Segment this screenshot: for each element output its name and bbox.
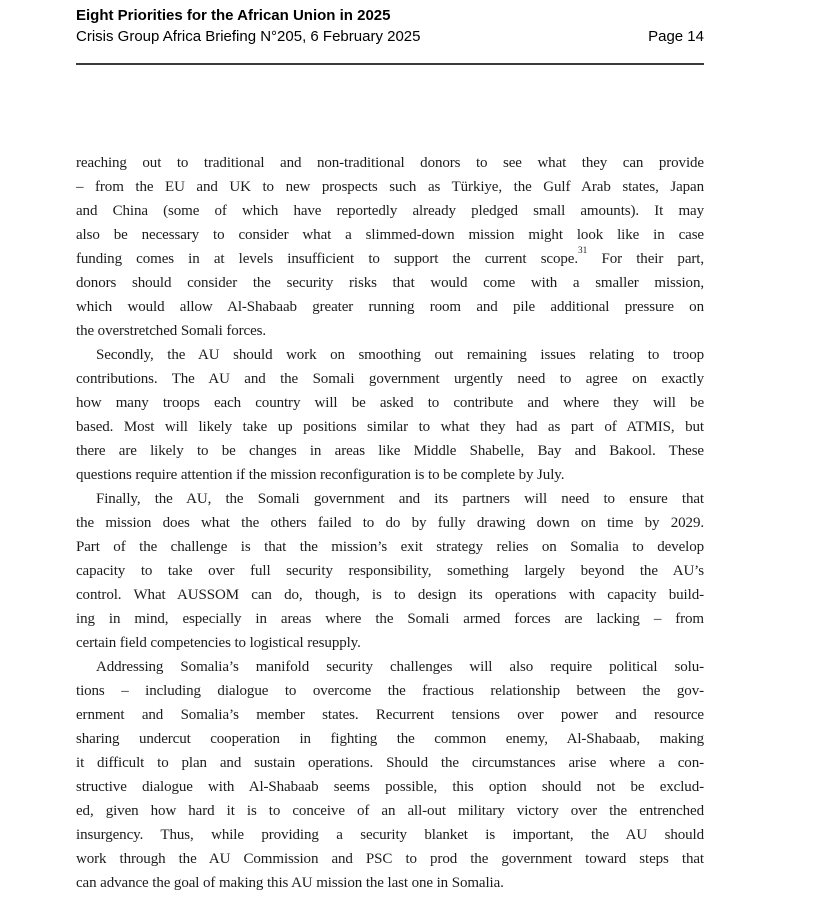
text-line: which would allow Al-Shabaab greater run… xyxy=(76,295,704,319)
header-rule xyxy=(76,63,704,65)
text-line: ed, given how hard it is to conceive of … xyxy=(76,799,704,823)
text-line: questions require attention if the missi… xyxy=(76,463,704,487)
text-line: also be necessary to consider what a sli… xyxy=(76,223,704,247)
page-number: Page 14 xyxy=(648,28,704,46)
paragraph: Addressing Somalia’s manifold security c… xyxy=(76,655,704,895)
document-body: reaching out to traditional and non-trad… xyxy=(76,151,704,895)
text-line: sharing undercut cooperation in fighting… xyxy=(76,727,704,751)
text-line: reaching out to traditional and non-trad… xyxy=(76,151,704,175)
text-line: it difficult to plan and sustain operati… xyxy=(76,751,704,775)
text-line: and China (some of which have reportedly… xyxy=(76,199,704,223)
text-line: the overstretched Somali forces. xyxy=(76,319,704,343)
paragraph: Secondly, the AU should work on smoothin… xyxy=(76,343,704,487)
text-line: Secondly, the AU should work on smoothin… xyxy=(76,343,704,367)
text-line: how many troops each country will be ask… xyxy=(76,391,704,415)
text-line: Addressing Somalia’s manifold security c… xyxy=(76,655,704,679)
text-line: the mission does what the others failed … xyxy=(76,511,704,535)
text-line: certain field competencies to logistical… xyxy=(76,631,704,655)
document-title: Eight Priorities for the African Union i… xyxy=(76,0,704,25)
text-line: ernment and Somalia’s member states. Rec… xyxy=(76,703,704,727)
text-line: donors should consider the security risk… xyxy=(76,271,704,295)
text-line: work through the AU Commission and PSC t… xyxy=(76,847,704,871)
text-line: based. Most will likely take up position… xyxy=(76,415,704,439)
page-header: Eight Priorities for the African Union i… xyxy=(76,0,704,65)
text-line: ing in mind, especially in areas where t… xyxy=(76,607,704,631)
text-line: structive dialogue with Al-Shabaab seems… xyxy=(76,775,704,799)
text-line: can advance the goal of making this AU m… xyxy=(76,871,704,895)
briefing-subtitle: Crisis Group Africa Briefing N°205, 6 Fe… xyxy=(76,28,421,46)
document-page: Eight Priorities for the African Union i… xyxy=(0,0,828,900)
footnote-ref: 31 xyxy=(578,246,587,256)
page-content: Eight Priorities for the African Union i… xyxy=(0,0,828,895)
text-line: Finally, the AU, the Somali government a… xyxy=(76,487,704,511)
text-line: contributions. The AU and the Somali gov… xyxy=(76,367,704,391)
text-line: capacity to take over full security resp… xyxy=(76,559,704,583)
paragraph: reaching out to traditional and non-trad… xyxy=(76,151,704,343)
text-line: tions – including dialogue to overcome t… xyxy=(76,679,704,703)
text-line: – from the EU and UK to new prospects su… xyxy=(76,175,704,199)
text-line: control. What AUSSOM can do, though, is … xyxy=(76,583,704,607)
text-segment: funding comes in at levels insufficient … xyxy=(76,251,578,267)
paragraph: Finally, the AU, the Somali government a… xyxy=(76,487,704,655)
header-subrow: Crisis Group Africa Briefing N°205, 6 Fe… xyxy=(76,28,704,46)
text-line: insurgency. Thus, while providing a secu… xyxy=(76,823,704,847)
text-segment: For their part, xyxy=(587,251,704,267)
text-line: funding comes in at levels insufficient … xyxy=(76,247,704,271)
text-line: Part of the challenge is that the missio… xyxy=(76,535,704,559)
text-line: there are likely to be changes in areas … xyxy=(76,439,704,463)
